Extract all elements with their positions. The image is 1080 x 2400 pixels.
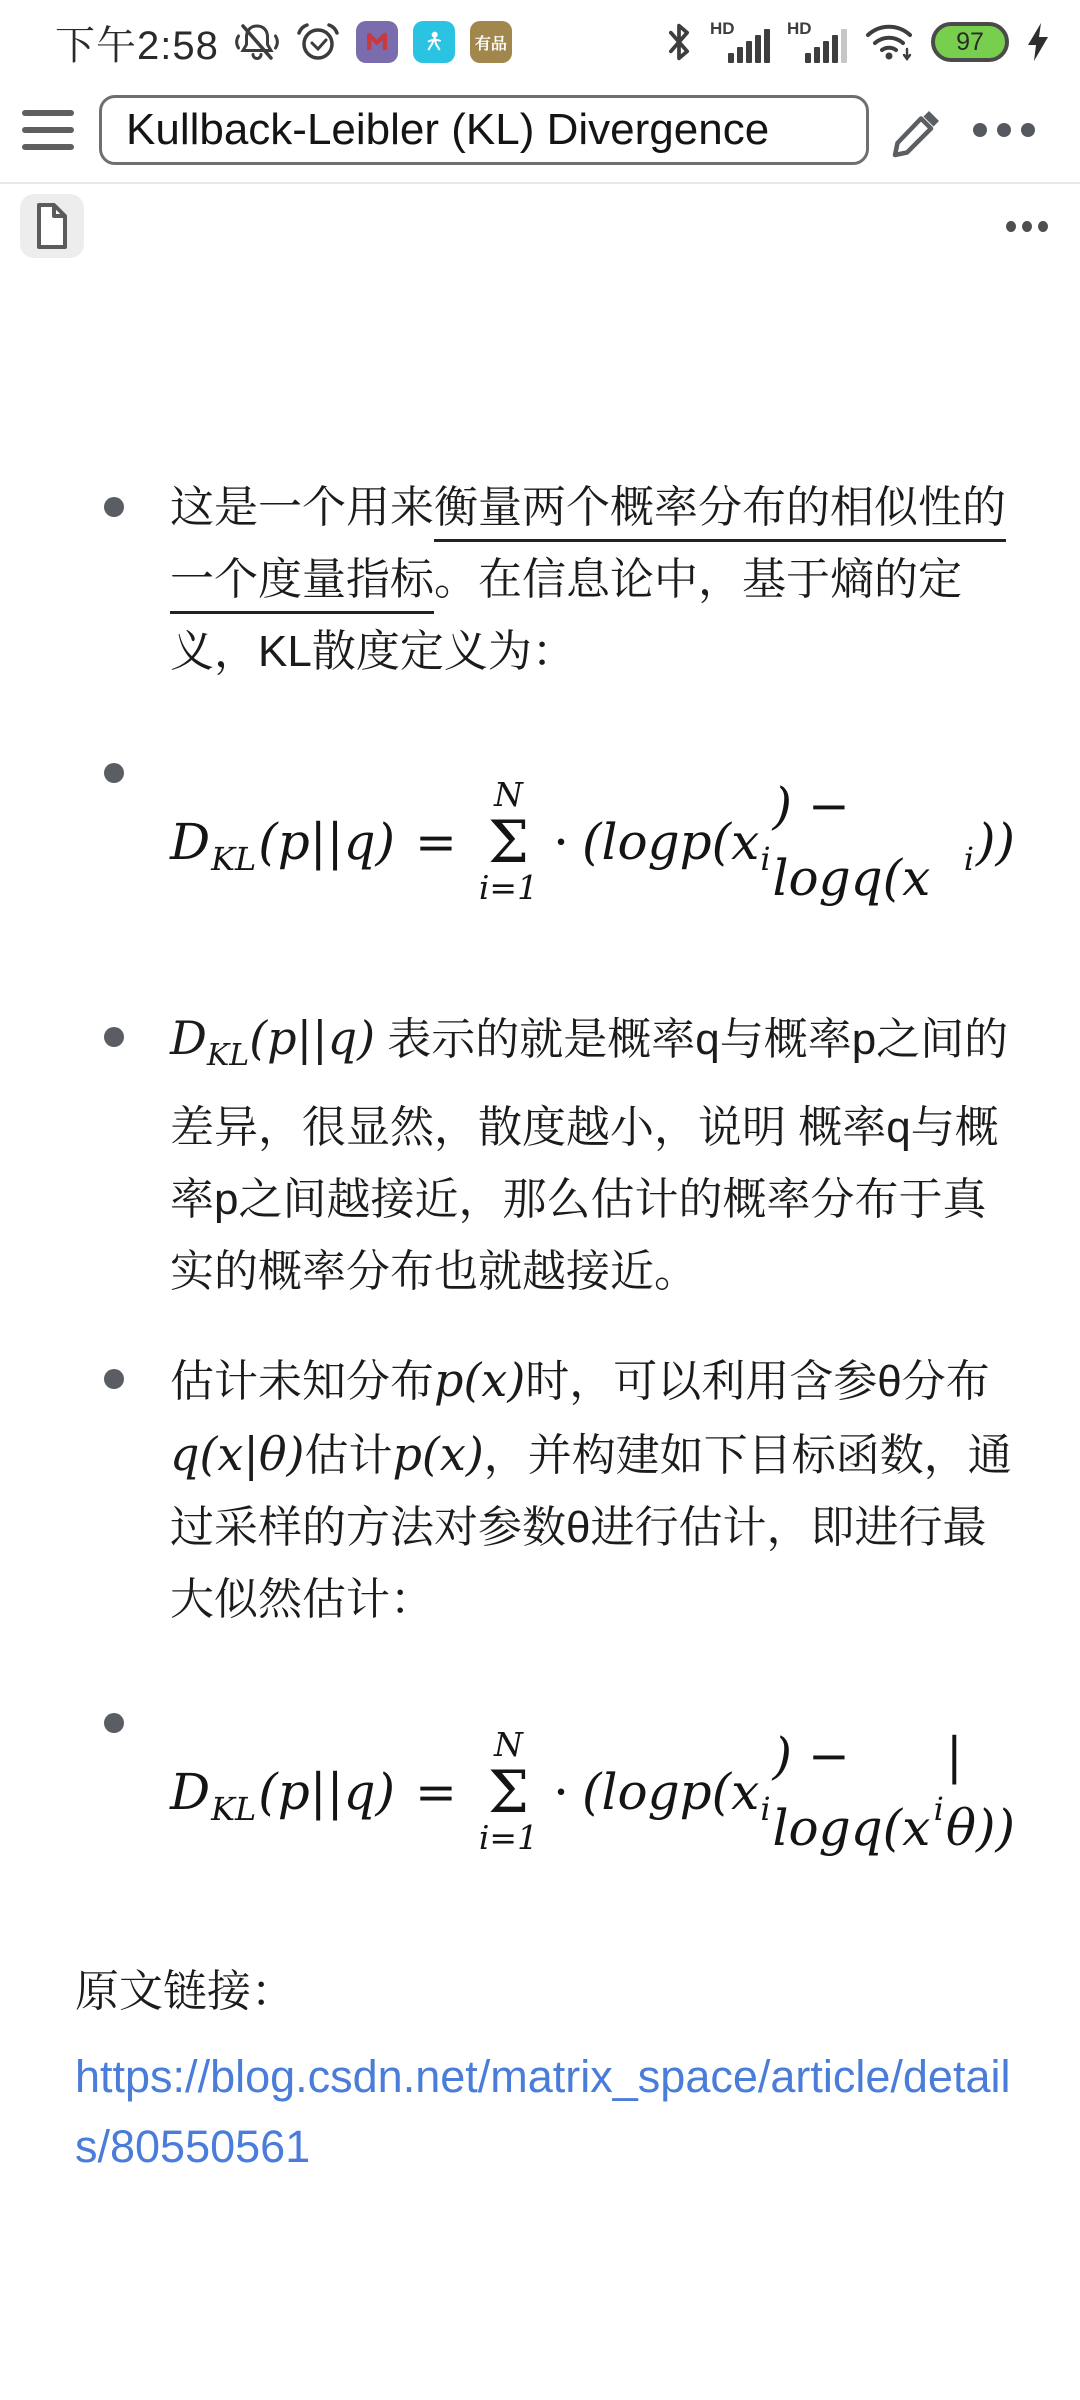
bullet-definition: 这是一个用来衡量两个概率分布的相似性的 一个度量指标。在信息论中，基于熵的定 义…: [0, 472, 1080, 688]
math-symbol: D: [170, 806, 210, 878]
cellular-signal-sim1: HD: [710, 19, 770, 65]
math-inline: p(x): [392, 1427, 483, 1481]
math-inline: D: [170, 1011, 207, 1065]
sigma-symbol: Σ: [488, 1763, 529, 1821]
status-time: 下午2:58: [55, 14, 219, 71]
app-notification-icon-1: [356, 21, 398, 63]
text-line: 一个度量指标。在信息论中，基于熵的定: [170, 544, 1015, 616]
math-subscript: i: [760, 1773, 770, 1845]
bluetooth-icon: [665, 22, 693, 62]
bullet-formula-2: DKL(p||q) = N Σ i=1 · (logp(xi) − logq(x…: [0, 1688, 1080, 1864]
bullet-text: 估计未知分布p(x)时，可以利用含参θ分布 q(x|θ)估计p(x)，并构建如下…: [170, 1344, 1015, 1636]
source-footer: 原文链接： https://blog.csdn.net/matrix_space…: [75, 1956, 1080, 2182]
hamburger-bar: [22, 144, 74, 150]
bullet-marker: [104, 1027, 124, 1047]
equals-sign: =: [415, 806, 457, 878]
status-left-cluster: 下午2:58: [55, 14, 512, 71]
note-title-text: Kullback-Leibler (KL) Divergence: [126, 105, 769, 155]
sum-lower-limit: i=1: [479, 1821, 538, 1856]
battery-indicator: 97: [931, 22, 1009, 62]
hamburger-bar: [22, 110, 74, 116]
math-symbol: (p||q): [258, 806, 395, 878]
text-line: 估计未知分布p(x)时，可以利用含参θ分布: [170, 1344, 1015, 1418]
hamburger-bar: [22, 127, 74, 133]
charging-bolt-icon: [1026, 22, 1050, 62]
document-tab-button[interactable]: [20, 194, 84, 258]
source-label: 原文链接：: [75, 1956, 1080, 2028]
text-segment: 时，可以利用含参θ分布: [525, 1357, 989, 1406]
bullet-marker: [104, 763, 124, 783]
text-line: 差异，很显然，散度越小，说明 概率q与概: [170, 1092, 1015, 1164]
text-line: 实的概率分布也就越接近。: [170, 1236, 1015, 1308]
math-subscript: i: [964, 823, 974, 895]
bullet-marker: [104, 497, 124, 517]
note-content: 这是一个用来衡量两个概率分布的相似性的 一个度量指标。在信息论中，基于熵的定 义…: [0, 264, 1080, 2182]
text-segment: 表示的就是概率q与概率p之间的: [375, 1015, 1008, 1064]
bullet-text: 这是一个用来衡量两个概率分布的相似性的 一个度量指标。在信息论中，基于熵的定 义…: [170, 472, 1015, 688]
wifi-icon: [864, 21, 914, 63]
toolbar-overflow-menu-button[interactable]: [1006, 221, 1048, 232]
app-notification-icon-youpin: 有品: [470, 21, 512, 63]
toolbar: [0, 184, 1080, 264]
document-icon: [33, 202, 71, 250]
text-segment: 这是一个用来: [170, 483, 434, 532]
math-subscript: KL: [211, 1773, 256, 1845]
summation: N Σ i=1: [479, 778, 538, 905]
dot: [973, 123, 987, 137]
formula-container: DKL(p||q) = N Σ i=1 · (logp(xi) − logq(x…: [170, 1688, 1015, 1864]
text-line: 过采样的方法对参数θ进行估计，即进行最: [170, 1492, 1015, 1564]
screen: 下午2:58: [0, 0, 1080, 2400]
bullet-formula-1: DKL(p||q) = N Σ i=1 · (logp(xi) − logq(x…: [0, 738, 1080, 914]
notification-muted-icon: [234, 19, 280, 65]
signal-bars: [805, 29, 847, 63]
note-title-input[interactable]: Kullback-Leibler (KL) Divergence: [99, 95, 869, 165]
math-subscript: i: [760, 823, 770, 895]
cdot: ·: [553, 1756, 569, 1828]
math-subscript: i: [934, 1773, 944, 1845]
math-symbol: ) − logq(x: [773, 770, 963, 914]
menu-button[interactable]: [22, 106, 74, 154]
math-symbol: ) − logq(x: [773, 1720, 933, 1864]
text-line: q(x|θ)估计p(x)，并构建如下目标函数，通: [170, 1418, 1015, 1492]
underlined-segment: 衡量两个概率分布的相似性的: [434, 483, 1006, 542]
title-overflow-menu-button[interactable]: [973, 123, 1035, 137]
equals-sign: =: [415, 1756, 457, 1828]
alarm-clock-icon: [295, 19, 341, 65]
summation: N Σ i=1: [479, 1728, 538, 1855]
status-bar: 下午2:58: [0, 0, 1080, 78]
text-segment: 估计: [304, 1431, 392, 1480]
text-line: 大似然估计：: [170, 1564, 1015, 1636]
dot: [1022, 221, 1032, 232]
math-subscript: KL: [211, 823, 256, 895]
cellular-signal-sim2: HD: [787, 19, 847, 65]
bullet-estimation: 估计未知分布p(x)时，可以利用含参θ分布 q(x|θ)估计p(x)，并构建如下…: [0, 1344, 1080, 1636]
math-inline: (p||q): [249, 1011, 375, 1065]
bullet-text: DKL(p||q) 表示的就是概率q与概率p之间的 差异，很显然，散度越小，说明…: [170, 1002, 1015, 1308]
title-bar: Kullback-Leibler (KL) Divergence: [0, 78, 1080, 182]
kl-divergence-formula: DKL(p||q) = N Σ i=1 · (logp(xi) − logq(x…: [170, 770, 1015, 914]
status-right-cluster: HD HD 97: [665, 19, 1050, 65]
text-segment: ，并构建如下目标函数，通: [484, 1431, 1012, 1480]
formula-container: DKL(p||q) = N Σ i=1 · (logp(xi) − logq(x…: [170, 738, 1015, 914]
edit-button[interactable]: [889, 99, 951, 161]
math-symbol: D: [170, 1756, 210, 1828]
battery-percent: 97: [956, 28, 984, 57]
bullet-marker: [104, 1713, 124, 1733]
text-segment: 。在信息论中，基于熵的定: [434, 555, 962, 604]
math-symbol: (p||q): [258, 1756, 395, 1828]
kl-objective-formula: DKL(p||q) = N Σ i=1 · (logp(xi) − logq(x…: [170, 1720, 1015, 1864]
math-symbol: (logp(x: [582, 806, 759, 878]
dot: [1038, 221, 1048, 232]
bullet-marker: [104, 1369, 124, 1389]
math-symbol: )): [976, 806, 1015, 878]
text-line: 义，KL散度定义为：: [170, 616, 1015, 688]
dot: [1021, 123, 1035, 137]
math-inline: p(x): [434, 1353, 525, 1407]
text-line: 率p之间越接近，那么估计的概率分布于真: [170, 1164, 1015, 1236]
math-symbol: (logp(x: [582, 1756, 759, 1828]
text-segment: 估计未知分布: [170, 1357, 434, 1406]
math-inline: q(x|θ): [170, 1427, 304, 1481]
text-line: 这是一个用来衡量两个概率分布的相似性的: [170, 472, 1015, 544]
signal-bars: [728, 29, 770, 63]
math-symbol: |θ)): [946, 1720, 1015, 1864]
dot: [1006, 221, 1016, 232]
bullet-interpretation: DKL(p||q) 表示的就是概率q与概率p之间的 差异，很显然，散度越小，说明…: [0, 1002, 1080, 1308]
sum-lower-limit: i=1: [479, 871, 538, 906]
math-subscript: KL: [207, 1038, 249, 1073]
cdot: ·: [553, 806, 569, 878]
sigma-symbol: Σ: [488, 813, 529, 871]
text-line: DKL(p||q) 表示的就是概率q与概率p之间的: [170, 1002, 1015, 1092]
underlined-segment: 一个度量指标: [170, 555, 434, 614]
source-link[interactable]: https://blog.csdn.net/matrix_space/artic…: [75, 2042, 1020, 2182]
app-notification-icon-2: [413, 21, 455, 63]
dot: [997, 123, 1011, 137]
